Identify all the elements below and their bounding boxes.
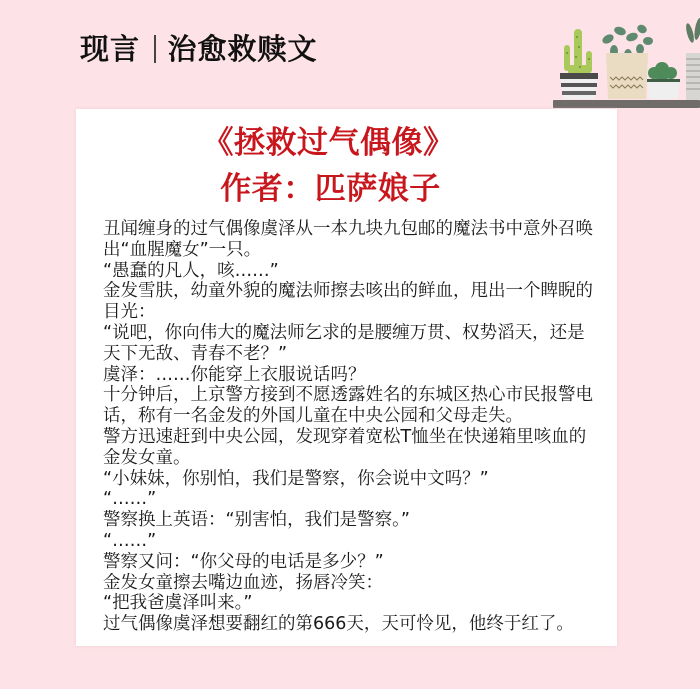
synopsis-line: 丑闻缠身的过气偶像虞泽从一本九块九包邮的魔法书中意外召唤 [103,219,603,240]
synopsis-line: “愚蠢的凡人，咳……” [103,261,603,282]
synopsis-text: 丑闻缠身的过气偶像虞泽从一本九块九包邮的魔法书中意外召唤 出“血腥魔女”一只。 … [103,219,603,635]
synopsis-line: 十分钟后，上京警方接到不愿透露姓名的东城区热心市民报警电 [103,385,603,406]
synopsis-line: 金发女童擦去嘴边血迹，扬唇冷笑： [103,573,603,594]
book-author: 作者：匹萨娘子 [60,169,601,209]
header-divider [154,35,156,63]
synopsis-line: 目光： [103,302,603,323]
synopsis-line: 过气偶像虞泽想要翻红的第666天，天可怜见，他终于红了。 [103,614,603,635]
synopsis-line: “说吧，你向伟大的魔法师乞求的是腰缠万贯、权势滔天，还是 [103,323,603,344]
synopsis-line: “……” [103,489,603,510]
potted-plants-icon [550,15,700,111]
synopsis-line: 警察换上英语：“别害怕，我们是警察。” [103,510,603,531]
synopsis-line: 出“血腥魔女”一只。 [103,240,603,261]
synopsis-line: 警方迅速赶到中央公园，发现穿着宽松T恤坐在快递箱里咳血的 [103,427,603,448]
synopsis-line: 虞泽：……你能穿上衣服说话吗？ [103,365,603,386]
synopsis-line: 金发雪肤，幼童外貌的魔法师擦去咳出的鲜血，甩出一个睥睨的 [103,281,603,302]
synopsis-line: “小妹妹，你别怕，我们是警察，你会说中文吗？” [103,469,603,490]
synopsis-line: 天下无敌、青春不老？” [103,344,603,365]
synopsis-line: 话，称有一名金发的外国儿童在中央公园和父母走失。 [103,406,603,427]
genre-header: 现言 治愈救赎文 [80,29,318,69]
synopsis-line: “把我爸虞泽叫来。” [103,593,603,614]
book-title: 《拯救过气偶像》 [58,123,599,163]
synopsis-line: “……” [103,531,603,552]
synopsis-card: 《拯救过气偶像》 作者：匹萨娘子 丑闻缠身的过气偶像虞泽从一本九块九包邮的魔法书… [76,109,617,646]
genre-subcategory: 治愈救赎文 [168,29,318,69]
genre-category: 现言 [80,29,140,69]
synopsis-line: 警察又问：“你父母的电话是多少？” [103,552,603,573]
synopsis-line: 金发女童。 [103,448,603,469]
